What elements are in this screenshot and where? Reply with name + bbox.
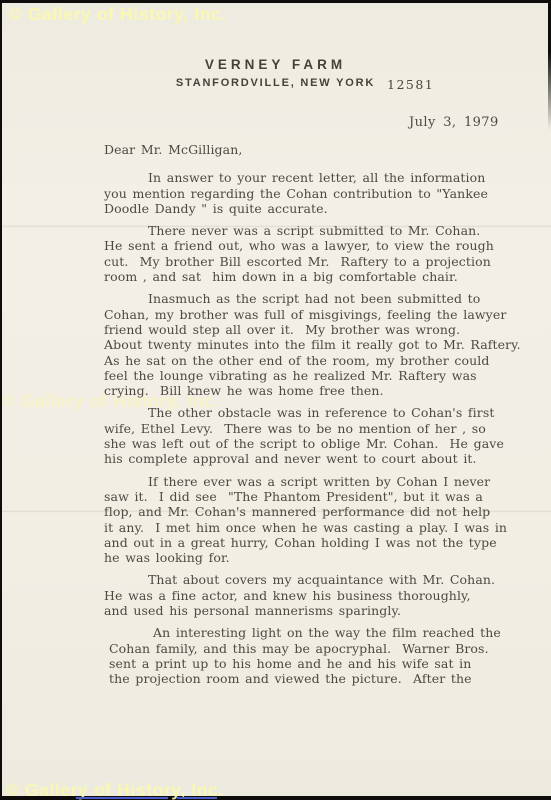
- letter-line: cut. My brother Bill escorted Mr. Rafter…: [104, 254, 534, 269]
- letter-line: he was looking for.: [104, 550, 534, 565]
- letter-line: wife, Ethel Levy. There was to be no men…: [104, 421, 534, 436]
- letter-line: feel the lounge vibrating as he realized…: [104, 368, 534, 383]
- letter-line: she was left out of the script to oblige…: [104, 436, 534, 451]
- paragraph: Inasmuch as the script had not been subm…: [104, 291, 534, 398]
- letter-date: July 3, 1979: [409, 115, 499, 130]
- letter-line: If there ever was a script written by Co…: [148, 474, 534, 489]
- letterhead-city: STANFORDVILLE, NEW YORK: [0, 77, 551, 89]
- letter-line: room , and sat him down in a big comfort…: [104, 269, 534, 284]
- letter-line: the projection room and viewed the pictu…: [109, 671, 534, 686]
- paragraph: There never was a script submitted to Mr…: [104, 223, 534, 284]
- letter-line: Doodle Dandy " is quite accurate.: [104, 201, 534, 216]
- paragraphs-container: In answer to your recent letter, all the…: [104, 170, 534, 686]
- letter-line: As he sat on the other end of the room, …: [104, 353, 534, 368]
- letter-line: saw it. I did see "The Phantom President…: [104, 489, 534, 504]
- letter-line: That about covers my acquaintance with M…: [148, 572, 534, 587]
- letter-line: In answer to your recent letter, all the…: [148, 170, 534, 185]
- watermark-top: © Gallery of History, Inc.: [9, 4, 227, 25]
- letter-line: sent a print up to his home and he and h…: [109, 656, 534, 671]
- letter-line: There never was a script submitted to Mr…: [148, 223, 534, 238]
- letter-line: friend would step all over it. My brothe…: [104, 322, 534, 337]
- scan-edge-top: [0, 0, 551, 3]
- letter-line: The other obstacle was in reference to C…: [148, 405, 534, 420]
- letter-line: flop, and Mr. Cohan's mannered performan…: [104, 504, 534, 519]
- paragraph: That about covers my acquaintance with M…: [104, 572, 534, 618]
- letter-line: crying. Bill knew he was home free then.: [104, 383, 534, 398]
- letter-line: you mention regarding the Cohan contribu…: [104, 186, 534, 201]
- letter-line: He was a fine actor, and knew his busine…: [104, 588, 534, 603]
- salutation: Dear Mr. McGilligan,: [104, 142, 534, 157]
- letter-line: it any. I met him once when he was casti…: [104, 520, 534, 535]
- letterhead-name: VERNEY FARM: [0, 57, 551, 72]
- scan-artifact-blue-line: [76, 797, 168, 799]
- scan-artifact-blue-line: [177, 797, 217, 799]
- letter-line: and used his personal mannerisms sparing…: [104, 603, 534, 618]
- paragraph: The other obstacle was in reference to C…: [104, 405, 534, 466]
- letter-line: He sent a friend out, who was a lawyer, …: [104, 238, 534, 253]
- paragraph: In answer to your recent letter, all the…: [104, 170, 534, 216]
- scanned-letter-page: © Gallery of History, Inc. © Gallery of …: [0, 0, 551, 800]
- letter-line: and out in a great hurry, Cohan holding …: [104, 535, 534, 550]
- paragraph: An interesting light on the way the film…: [109, 625, 534, 686]
- scan-edge-left: [0, 0, 2, 800]
- letter-line: Cohan family, and this may be apocryphal…: [109, 641, 534, 656]
- letter-line: Cohan, my brother was full of misgivings…: [104, 307, 534, 322]
- letterhead: VERNEY FARM STANFORDVILLE, NEW YORK: [0, 57, 551, 89]
- letter-line: his complete approval and never went to …: [104, 451, 534, 466]
- letter-line: An interesting light on the way the film…: [153, 625, 534, 640]
- letter-line: About twenty minutes into the film it re…: [104, 337, 534, 352]
- letter-line: Inasmuch as the script had not been subm…: [148, 291, 534, 306]
- letter-body: Dear Mr. McGilligan, In answer to your r…: [104, 142, 534, 687]
- paragraph: If there ever was a script written by Co…: [104, 474, 534, 566]
